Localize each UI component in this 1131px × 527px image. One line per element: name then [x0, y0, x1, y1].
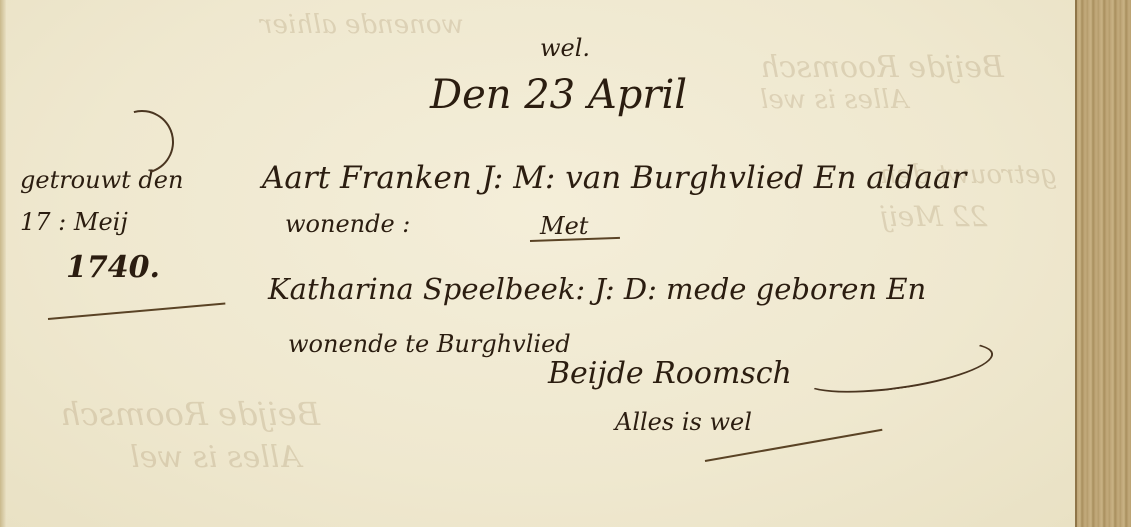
- conjunction-met: Met: [540, 212, 588, 240]
- bleed-through-text: Beijde Roomsch: [60, 395, 320, 433]
- bleed-through-text: Alles is wel: [760, 85, 908, 115]
- bride-line: Katharina Speelbeek: J: D: mede geboren …: [268, 272, 926, 306]
- margin-note-line1: getrouwt den: [20, 166, 183, 194]
- bride-residence: wonende te Burghvlied: [288, 330, 571, 358]
- flourish-roomsch: [798, 332, 996, 403]
- page-left-edge: [0, 0, 6, 527]
- margin-note-line2: 17 : Meij: [20, 208, 128, 236]
- attestation-line: Alles is wel: [615, 408, 752, 436]
- groom-line: Aart Franken J: M: van Burghvlied En ald…: [262, 160, 966, 196]
- document-page: wonende alhier Beijde Roomsch Alles is w…: [0, 0, 1075, 527]
- margin-underline: [48, 302, 225, 320]
- bleed-through-text: Alles is wel: [130, 440, 301, 475]
- religion-line: Beijde Roomsch: [548, 356, 792, 391]
- bleed-through-text: Beijde Roomsch: [760, 50, 1004, 85]
- header-fragment: wel.: [540, 34, 590, 62]
- bleed-through-text: wonende alhier: [260, 10, 464, 40]
- bleed-through-text: 22 Meij: [880, 200, 987, 233]
- groom-residence: wonende :: [285, 210, 410, 238]
- date-heading: Den 23 April: [430, 72, 687, 118]
- margin-note-year: 1740.: [66, 250, 160, 285]
- book-page-edge: [1075, 0, 1131, 527]
